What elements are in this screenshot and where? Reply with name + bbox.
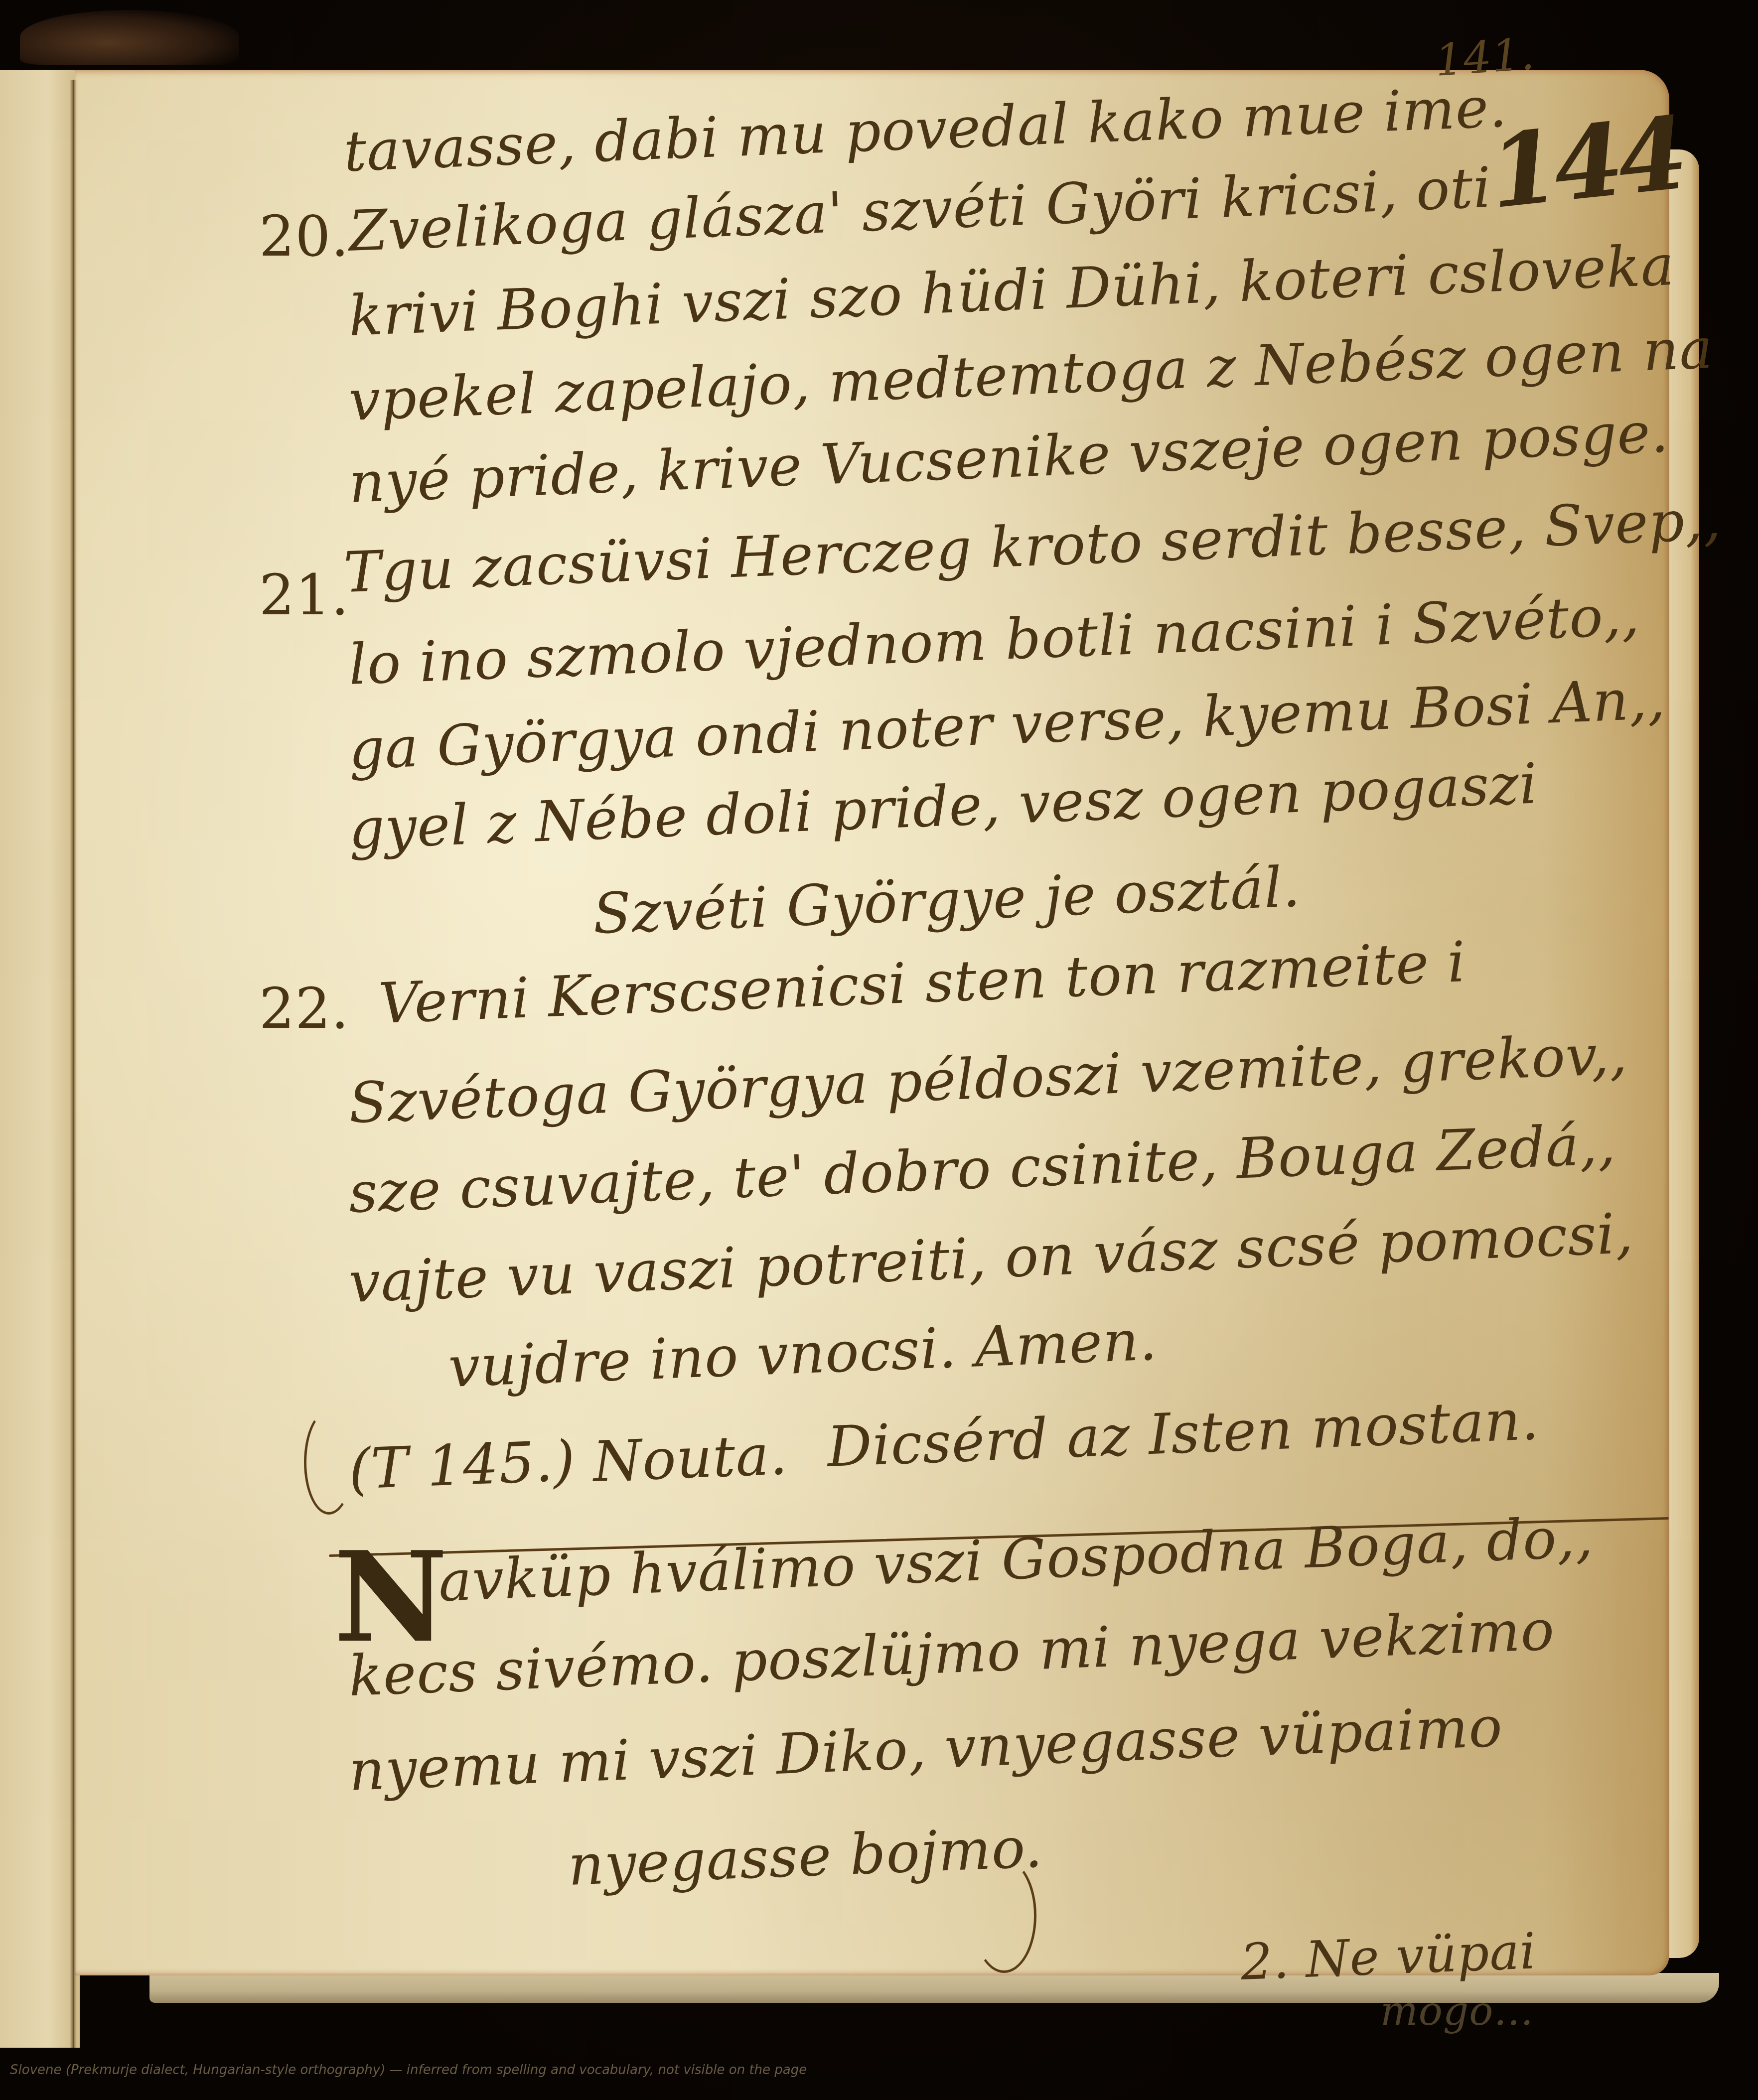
- verse-number: 22.: [259, 977, 349, 1041]
- verse-number: 21.: [259, 563, 349, 628]
- language-attribution-note: Slovene (Prekmurje dialect, Hungarian-st…: [10, 2063, 807, 2078]
- closing-flourish: [972, 1858, 1036, 1973]
- verse-number: 20.: [259, 204, 349, 269]
- next-leaf-text-fragment: mogo…: [1380, 1988, 1534, 2034]
- page-number-lower: 144: [1484, 95, 1688, 231]
- book-binding-top: [20, 10, 239, 65]
- drop-cap-initial: N: [334, 1535, 448, 1659]
- hymn-number: (T 145.): [348, 1429, 577, 1502]
- gutter-crease: [70, 80, 77, 2048]
- heading-open-paren-flourish: [304, 1410, 354, 1515]
- facing-left-page-edge: [0, 70, 80, 2048]
- catchword: 2. Ne vüpai: [1240, 1922, 1537, 1991]
- hymn-tune-label: Nouta.: [592, 1422, 789, 1495]
